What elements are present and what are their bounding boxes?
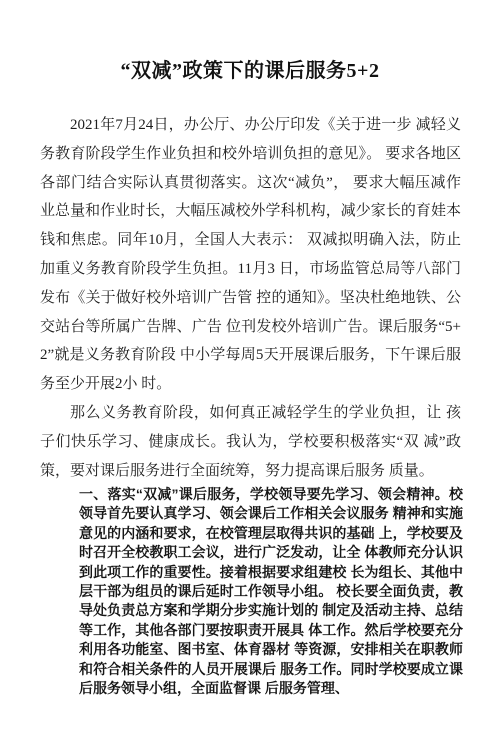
document-body: 2021年7月24日，办公厅、办公厅印发《关于进一步 减轻义务教育阶段学生作业负… [40, 111, 461, 485]
paragraph-intro: 2021年7月24日，办公厅、办公厅印发《关于进一步 减轻义务教育阶段学生作业负… [40, 111, 461, 399]
document-title: “双减”政策下的课后服务5+2 [0, 58, 500, 84]
document-page: “双减”政策下的课后服务5+2 2021年7月24日，办公厅、办公厅印发《关于进… [0, 0, 500, 740]
paragraph-section-one-bold: 一、落实“双减”课后服务，学校领导要先学习、领会精神。校领导首先要认真学习、领会… [79, 485, 463, 698]
paragraph-transition: 那么义务教育阶段，如何真正减轻学生的学业负担，让 孩子们快乐学习、健康成长。我认… [40, 399, 461, 485]
